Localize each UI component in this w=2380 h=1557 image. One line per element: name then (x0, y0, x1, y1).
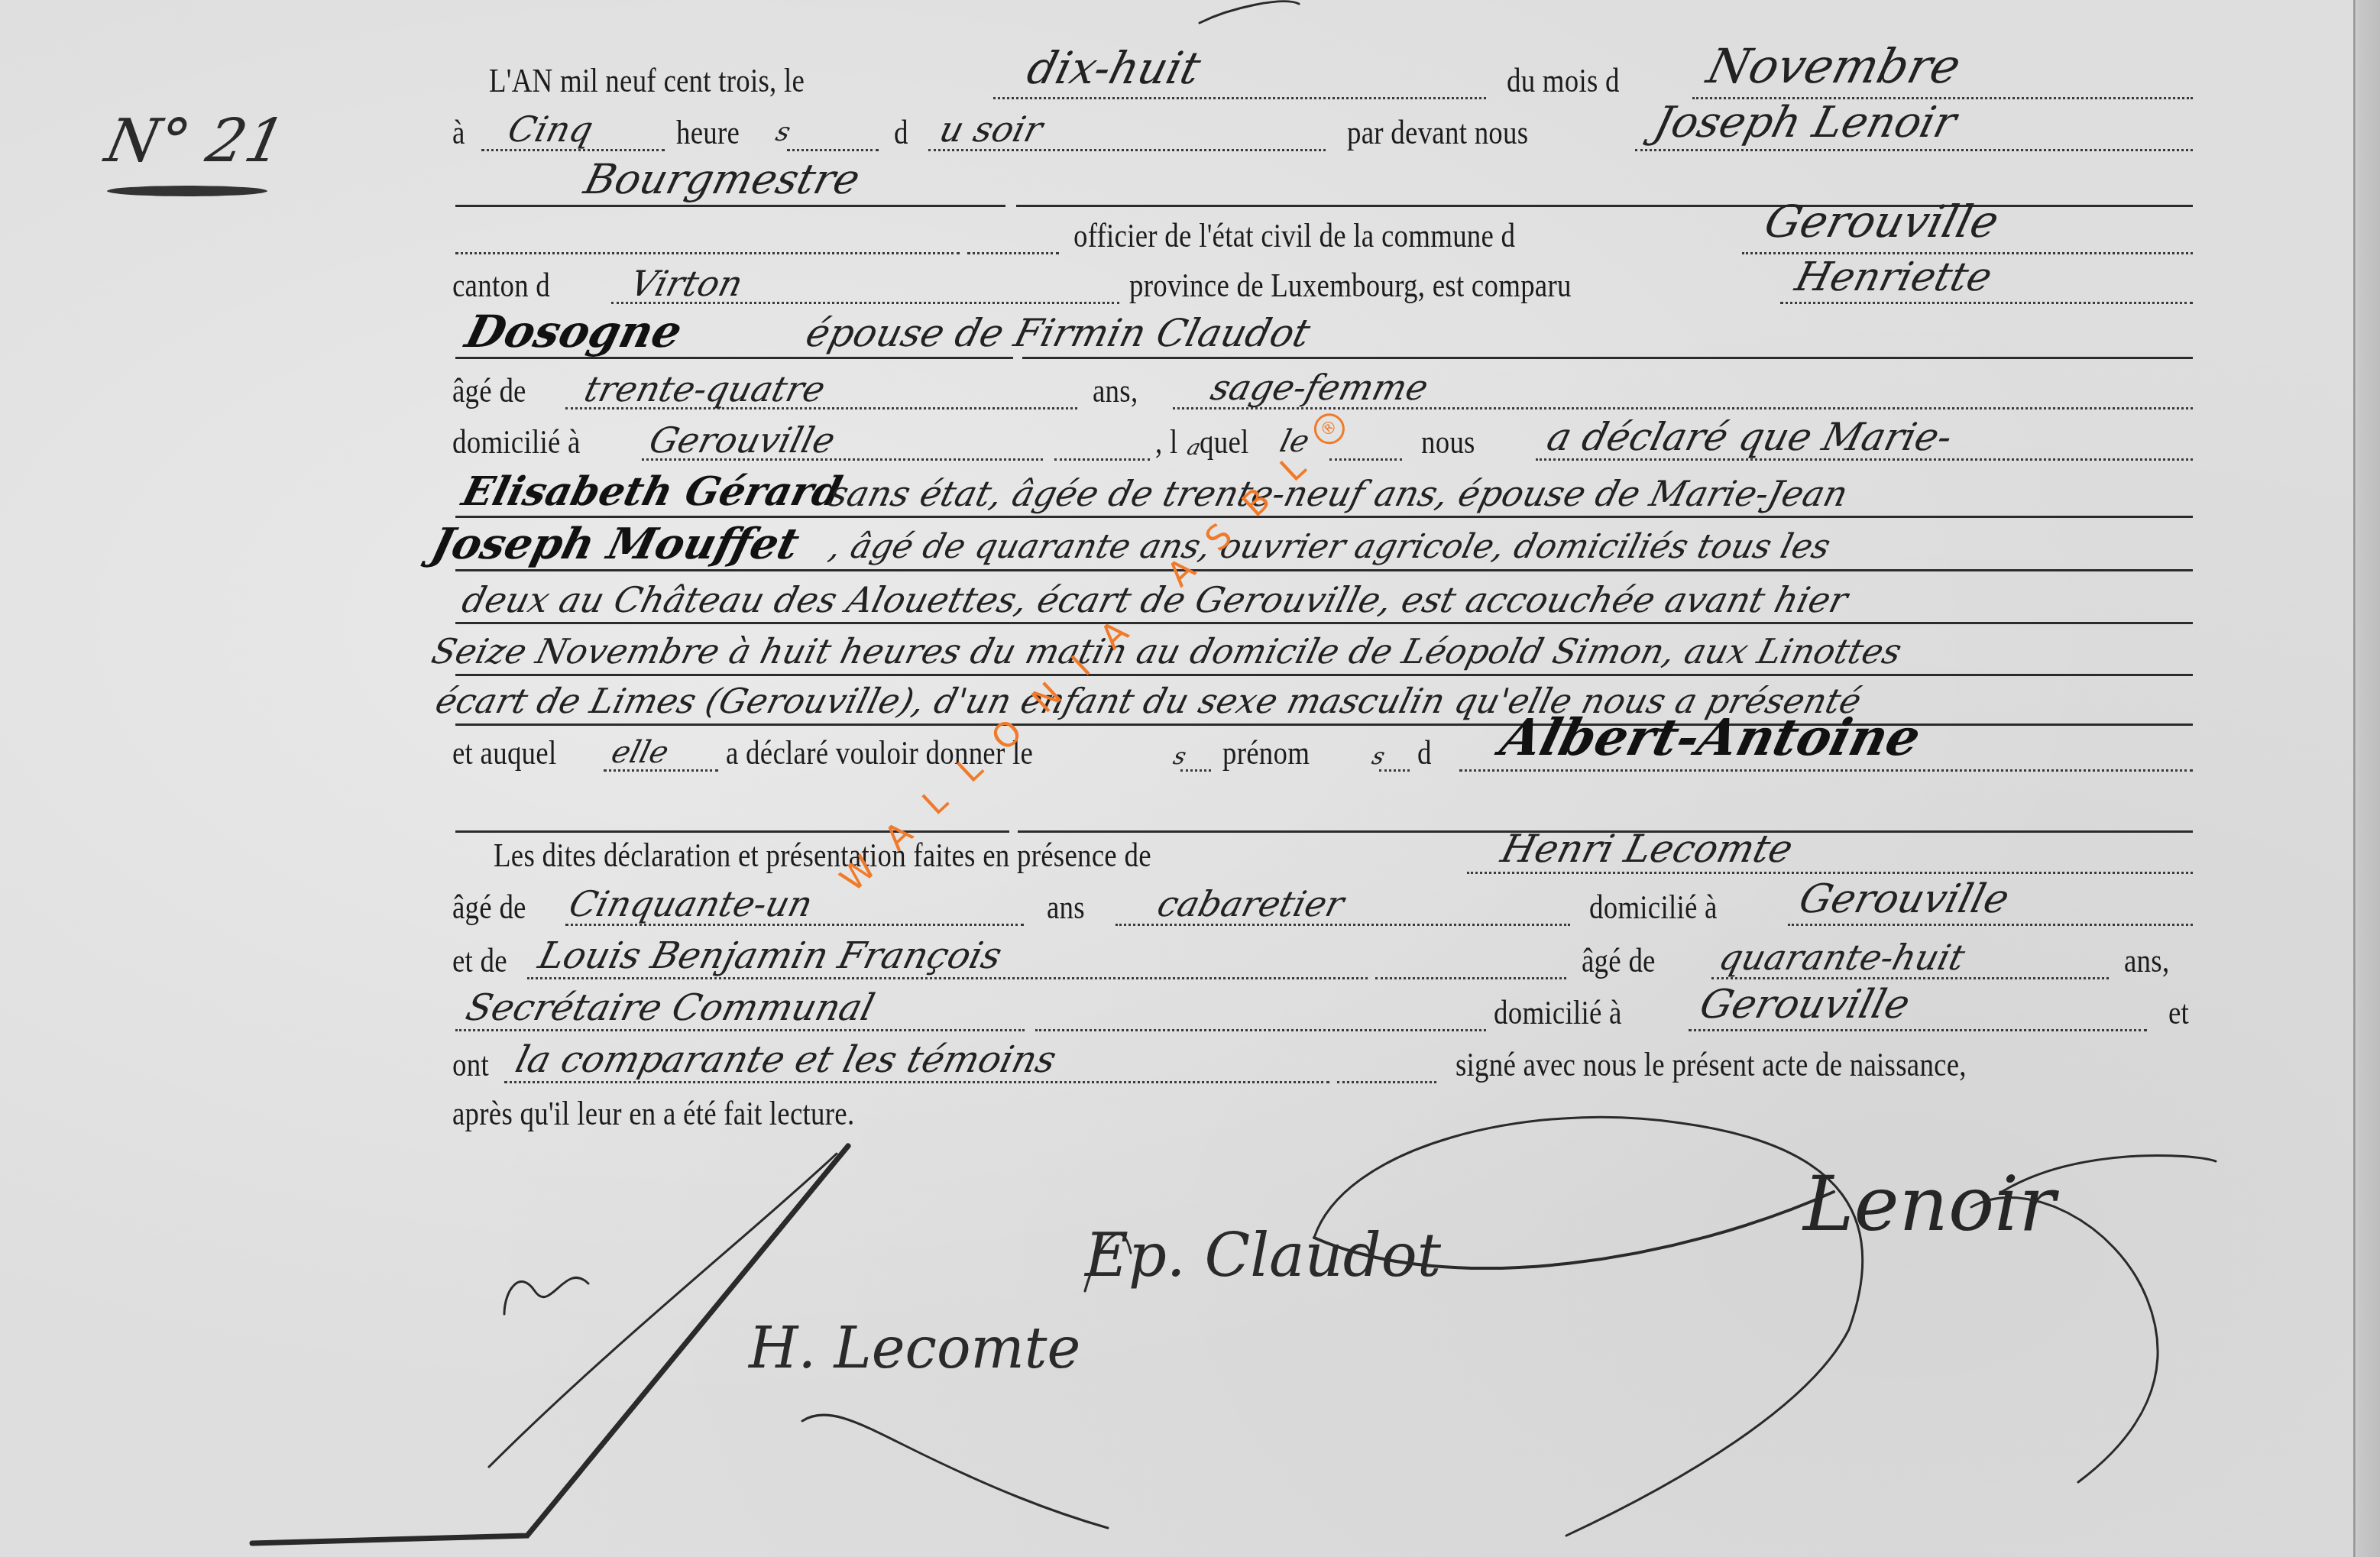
printed-text: ont (452, 1045, 489, 1083)
blank-line (1022, 357, 2193, 359)
handwritten-declarant-firstname: Henriette (1792, 258, 1996, 296)
blank-line (967, 252, 1059, 254)
blank-line (1375, 977, 1566, 979)
printed-text: et (2168, 993, 2189, 1031)
line-18: et de Louis Benjamin François âgé de qua… (0, 941, 2380, 995)
blank-line (527, 977, 1368, 979)
handwritten-mother-name: Elisabeth Gérard (458, 473, 845, 511)
printed-text: âgé de (452, 888, 526, 926)
handwritten-officer-name: Joseph Lenoir (1650, 104, 1960, 142)
handwritten-profession: sage-femme (1207, 368, 1432, 406)
blank-line (993, 97, 1486, 99)
blank-line (455, 723, 2193, 726)
handwritten-witness2-profession: Secrétaire Communal (462, 989, 878, 1027)
printed-text: et de (452, 941, 507, 979)
handwritten-witness1-age: Cinquante-un (565, 885, 817, 923)
printed-text: province de Luxembourg, est comparu (1129, 266, 1572, 304)
printed-text: officier de l'état civil de la commune d (1073, 216, 1515, 254)
handwritten-commune: Gerouville (1761, 202, 2003, 241)
handwritten-plural: s (772, 113, 795, 151)
printed-text: Les dites déclaration et présentation fa… (494, 836, 1151, 874)
printed-text: quel (1200, 422, 1249, 461)
line-7: âgé de trente-quatre ans, sage-femme (0, 371, 2380, 425)
blank-line (1016, 205, 2193, 207)
handwritten-witness2-name: Louis Benjamin François (535, 937, 1005, 975)
handwritten-time-of-day: u soir (936, 110, 1047, 148)
handwritten-father-name: Joseph Mouffet (428, 525, 803, 563)
blank-line (455, 569, 2193, 571)
line-16: Les dites déclaration et présentation fa… (0, 836, 2380, 889)
printed-text: âgé de (1582, 941, 1656, 979)
handwritten-hour: Cinq (504, 110, 597, 148)
handwritten-text: Seize Novembre à huit heures du matin au… (428, 633, 1906, 671)
blank-line (1788, 924, 2193, 926)
printed-text: domicilié à (452, 422, 581, 461)
line-6: Dosogne épouse de Firmin Claudot (0, 317, 2380, 371)
blank-line (1467, 872, 2193, 874)
handwritten-declarant-surname: Dosogne (462, 312, 685, 351)
printed-text: prénom (1222, 733, 1310, 772)
blank-line (1329, 458, 1402, 461)
printed-text: ans (1047, 888, 1085, 926)
blank-line (1379, 769, 1410, 772)
blank-line (1054, 458, 1150, 461)
blank-line (1459, 769, 2193, 772)
handwritten-declarant-spouse: épouse de Firmin Claudot (802, 314, 1314, 352)
blank-line (1337, 1081, 1436, 1083)
blank-line (455, 252, 960, 254)
blank-line (787, 149, 879, 151)
printed-text: canton d (452, 266, 550, 304)
printed-text: nous (1421, 422, 1475, 461)
blank-line (455, 516, 2193, 518)
line-1: L'AN mil neuf cent trois, le dix-huit du… (0, 61, 2380, 115)
line-14: et auquel elle a déclaré vouloir donner … (0, 733, 2380, 787)
line-13: écart de Limes (Gerouville), d'un enfant… (0, 684, 2380, 737)
handwritten-pronoun: elle (607, 733, 672, 772)
printed-text: par devant nous (1347, 113, 1528, 151)
handwritten-day: dix-huit (1024, 49, 1204, 87)
handwritten-witness1-name: Henri Lecomte (1498, 830, 1797, 868)
printed-text: domicilié à (1494, 993, 1622, 1031)
handwritten-declaration: a déclaré que Marie- (1543, 418, 1956, 456)
blank-line (1180, 769, 1211, 772)
printed-text: d (1417, 733, 1432, 772)
handwritten-age: trente-quatre (581, 370, 829, 408)
blank-line (455, 674, 2193, 676)
line-9: Elisabeth Gérard sans état, âgée de tren… (0, 476, 2380, 529)
handwritten-witness2-age: quarante-huit (1715, 938, 1969, 976)
handwritten-month: Novembre (1704, 47, 1964, 86)
blank-line (1035, 1029, 1486, 1031)
line-19: Secrétaire Communal domicilié à Gerouvil… (0, 993, 2380, 1047)
printed-text: du mois d (1507, 61, 1620, 99)
printed-text: d (894, 113, 908, 151)
blank-line (1635, 149, 2193, 151)
handwritten-witness1-domicile: Gerouville (1796, 880, 2012, 918)
handwritten-witness1-profession: cabaretier (1154, 885, 1348, 923)
blank-line (455, 622, 2193, 624)
handwritten-text: , âgé de quarante ans, ouvrier agricole,… (825, 528, 1834, 566)
printed-text: à (452, 113, 465, 151)
handwritten-title: Bourgmestre (581, 160, 863, 199)
handwritten-text: sans état, âgée de trente-neuf ans, épou… (825, 474, 1851, 513)
line-21: après qu'il leur en a été fait lecture. (0, 1094, 2380, 1148)
printed-text: après qu'il leur en a été fait lecture. (452, 1094, 854, 1132)
printed-text: L'AN mil neuf cent trois, le (489, 61, 805, 99)
handwritten-domicile: Gerouville (646, 421, 839, 459)
handwritten-witness2-domicile: Gerouville (1696, 986, 1913, 1024)
printed-text: âgé de (452, 371, 526, 409)
printed-text: ans, (1093, 371, 1138, 409)
line-2: à Cinq heure s d u soir par devant nous … (0, 113, 2380, 167)
blank-line (1689, 1029, 2147, 1031)
printed-text: , l (1155, 422, 1177, 461)
line-3: Bourgmestre (0, 167, 2380, 220)
printed-text: heure (676, 113, 740, 151)
blank-line (455, 205, 1005, 207)
blank-line (1780, 302, 2193, 304)
line-4: officier de l'état civil de la commune d… (0, 216, 2380, 270)
handwritten-child-firstnames: Albert-Antoine (1498, 718, 1924, 756)
handwritten-signatories: la comparante et les témoins (512, 1041, 1060, 1079)
printed-text: et auquel (452, 733, 556, 772)
handwritten-canton: Virton (627, 264, 746, 303)
blank-line (504, 1081, 1329, 1083)
printed-text: signé avec nous le présent acte de naiss… (1456, 1045, 1967, 1083)
printed-text: ans, (2124, 941, 2169, 979)
printed-text: domicilié à (1589, 888, 1718, 926)
blank-line (455, 1029, 1025, 1031)
line-8: domicilié à Gerouville , l a quel le nou… (0, 422, 2380, 476)
line-12: Seize Novembre à huit heures du matin au… (0, 634, 2380, 688)
line-20: ont la comparante et les témoins signé a… (0, 1045, 2380, 1099)
line-17: âgé de Cinquante-un ans cabaretier domic… (0, 888, 2380, 941)
